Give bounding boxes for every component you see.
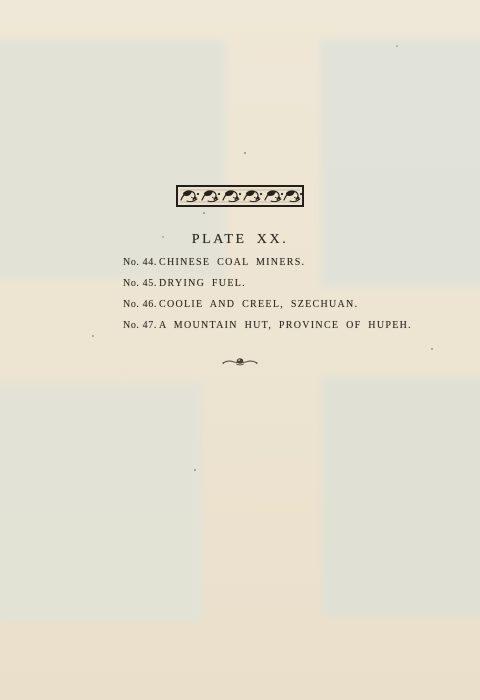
- book-page: PLATE XX. No. 44. CHINESE COAL MINERS. N…: [0, 0, 480, 700]
- plate-entry-number: No. 47.: [123, 320, 159, 331]
- flourish-tailpiece-icon: [221, 355, 259, 368]
- plate-entry-title: COOLIE AND CREEL, SZECHUAN.: [159, 299, 358, 310]
- plate-entry-title: DRYING FUEL.: [159, 278, 246, 289]
- paper-speck: [396, 45, 398, 47]
- plate-entry-title: A MOUNTAIN HUT, PROVINCE OF HUPEH.: [159, 320, 412, 331]
- plate-entry-number: No. 44.: [123, 257, 159, 268]
- plate-entry-number: No. 46.: [123, 299, 159, 310]
- photo-showthrough-bottom-right: [322, 377, 480, 616]
- paper-speck: [203, 212, 205, 214]
- plate-entry: No. 44. CHINESE COAL MINERS.: [123, 257, 443, 278]
- plate-entry-number: No. 45.: [123, 278, 159, 289]
- plate-entry: No. 45. DRYING FUEL.: [123, 278, 443, 299]
- plate-entry: No. 47. A MOUNTAIN HUT, PROVINCE OF HUPE…: [123, 320, 443, 341]
- plate-entry-title: CHINESE COAL MINERS.: [159, 257, 305, 268]
- paper-speck: [92, 335, 94, 337]
- floral-engraving-band-icon: [176, 185, 304, 207]
- paper-speck: [244, 152, 246, 154]
- plate-entry-list: No. 44. CHINESE COAL MINERS. No. 45. DRY…: [123, 257, 443, 341]
- plate-entry: No. 46. COOLIE AND CREEL, SZECHUAN.: [123, 299, 443, 320]
- photo-showthrough-top-right: [320, 39, 480, 287]
- plate-heading: PLATE XX.: [0, 232, 480, 248]
- photo-showthrough-bottom-left: [0, 383, 202, 621]
- paper-speck: [194, 469, 196, 471]
- paper-speck: [431, 348, 433, 350]
- paper-speck: [162, 236, 164, 238]
